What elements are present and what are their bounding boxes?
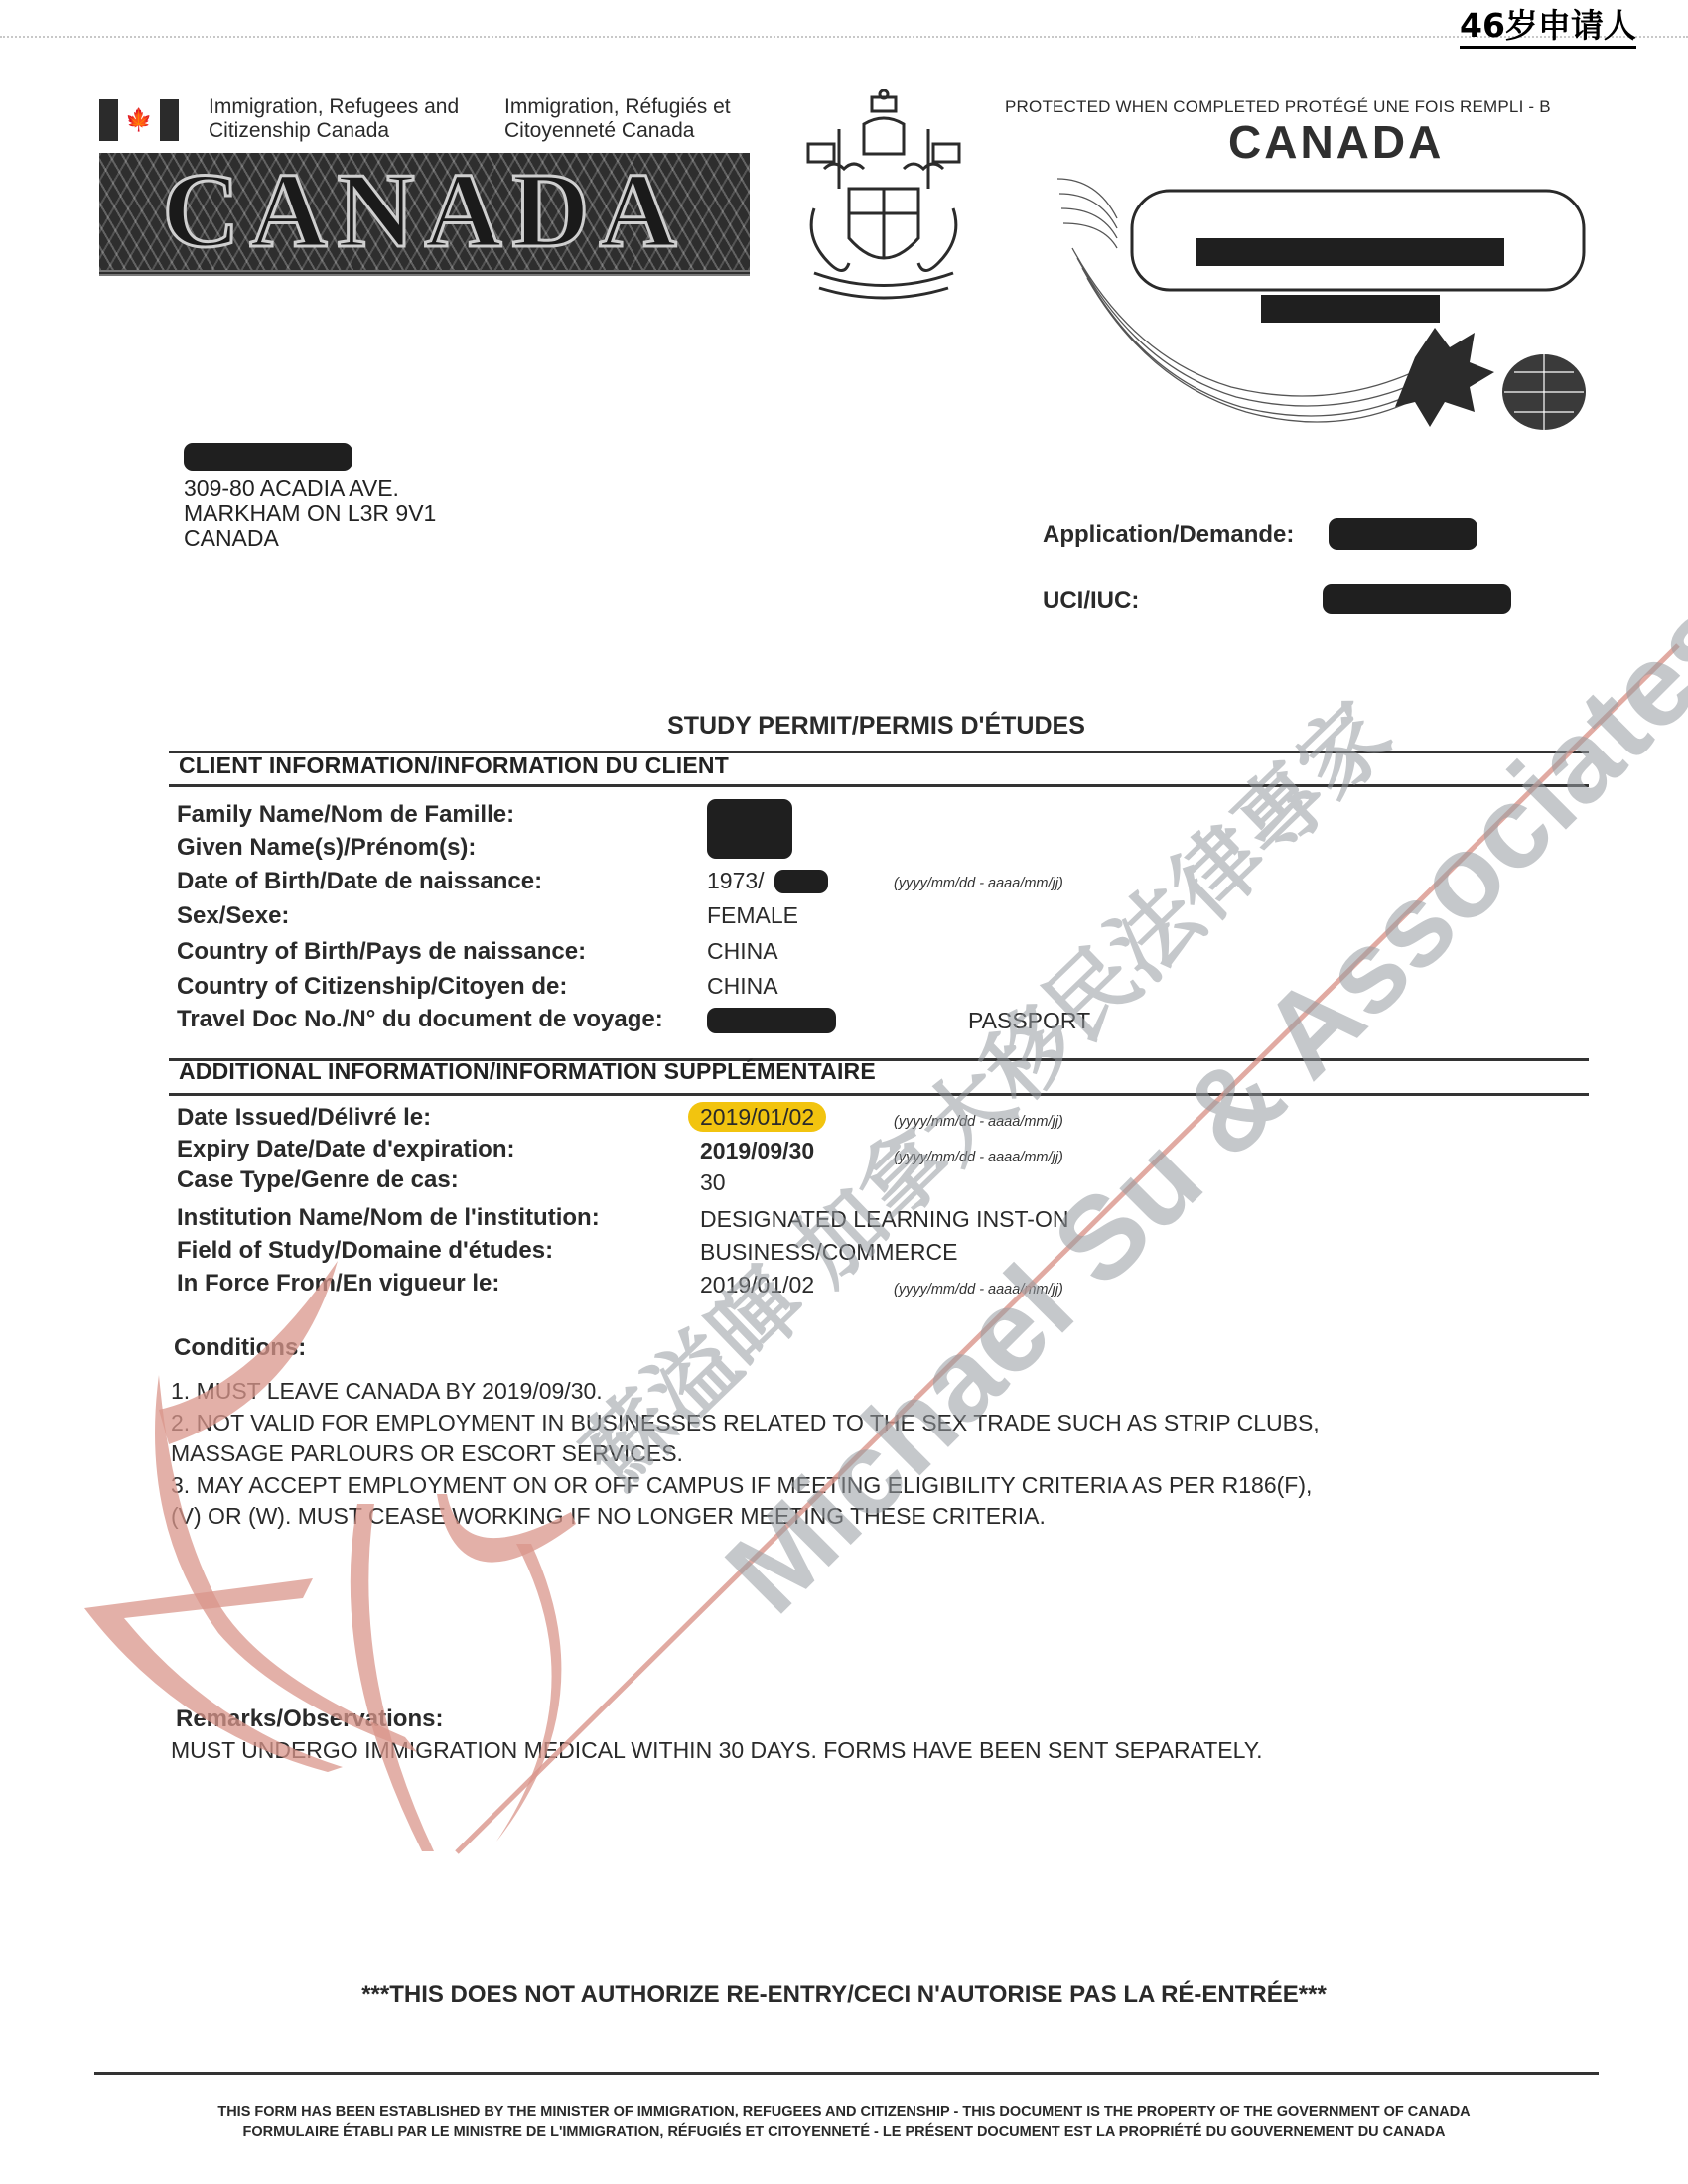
dob-redacted: [774, 870, 828, 893]
date-format-hint: (yyyy/mm/dd - aaaa/mm/jj): [894, 876, 1063, 891]
sex-value: FEMALE: [707, 902, 798, 929]
date-format-hint: (yyyy/mm/dd - aaaa/mm/jj): [894, 1114, 1063, 1130]
case-type-value: 30: [700, 1169, 726, 1196]
canada-flag-icon: 🍁: [99, 99, 179, 141]
client-info-heading: CLIENT INFORMATION/INFORMATION DU CLIENT: [179, 752, 729, 779]
expiry-date-label: Expiry Date/Date d'expiration:: [177, 1136, 514, 1163]
travel-doc-number-redacted: [707, 1008, 836, 1033]
department-name-en: Immigration, Refugees and Citizenship Ca…: [209, 95, 459, 143]
application-label: Application/Demande:: [1043, 521, 1294, 549]
date-issued-label: Date Issued/Délivré le:: [177, 1104, 431, 1132]
citizenship-value: CHINA: [707, 973, 778, 1000]
application-number-redacted: [1329, 518, 1477, 550]
field-of-study-label: Field of Study/Domaine d'études:: [177, 1237, 553, 1265]
sex-label: Sex/Sexe:: [177, 902, 289, 930]
client-name-redacted: [707, 799, 792, 859]
field-of-study-value: BUSINESS/COMMERCE: [700, 1239, 957, 1266]
annotation-tag: 46岁申请人: [1460, 6, 1636, 49]
dob-value: 1973/: [707, 868, 765, 894]
section-divider: [169, 1093, 1589, 1096]
citizenship-label: Country of Citizenship/Citoyen de:: [177, 973, 567, 1001]
travel-doc-type: PASSPORT: [968, 1008, 1090, 1034]
scan-dotted-line: [0, 36, 1688, 38]
expiry-date-value: 2019/09/30: [700, 1138, 814, 1164]
country-of-birth-value: CHINA: [707, 938, 778, 965]
country-of-birth-label: Country of Birth/Pays de naissance:: [177, 938, 586, 966]
condition-line: MASSAGE PARLOURS OR ESCORT SERVICES.: [171, 1440, 683, 1467]
additional-info-heading: ADDITIONAL INFORMATION/INFORMATION SUPPL…: [179, 1058, 876, 1085]
remarks-heading: Remarks/Observations:: [176, 1706, 443, 1733]
conditions-heading: Conditions:: [174, 1334, 306, 1362]
travel-doc-label: Travel Doc No./N° du document de voyage:: [177, 1006, 663, 1033]
footer-line-en: THIS FORM HAS BEEN ESTABLISHED BY THE MI…: [0, 2104, 1688, 2119]
reentry-notice: ***THIS DOES NOT AUTHORIZE RE-ENTRY/CECI…: [0, 1981, 1688, 2009]
uci-label: UCI/IUC:: [1043, 587, 1139, 614]
in-force-value: 2019/01/02: [700, 1272, 814, 1298]
given-name-label: Given Name(s)/Prénom(s):: [177, 834, 476, 862]
section-divider: [169, 784, 1589, 787]
highlight-marker: 2019/01/02: [688, 1102, 826, 1132]
in-force-label: In Force From/En vigueur le:: [177, 1270, 499, 1297]
condition-line: 2. NOT VALID FOR EMPLOYMENT IN BUSINESSE…: [171, 1410, 1320, 1436]
institution-value: DESIGNATED LEARNING INST-ON: [700, 1206, 1068, 1233]
footer-divider: [94, 2072, 1599, 2075]
recipient-address: 309-80 ACADIA AVE. MARKHAM ON L3R 9V1 CA…: [184, 477, 436, 551]
department-name-fr: Immigration, Réfugiés et Citoyenneté Can…: [504, 95, 731, 143]
dob-label: Date of Birth/Date de naissance:: [177, 868, 542, 895]
canada-banner: CANADA: [99, 153, 750, 276]
footer-line-fr: FORMULAIRE ÉTABLI PAR LE MINISTRE DE L'I…: [0, 2124, 1688, 2140]
coat-of-arms-icon: [794, 89, 973, 308]
condition-line: 3. MAY ACCEPT EMPLOYMENT ON OR OFF CAMPU…: [171, 1472, 1312, 1499]
institution-label: Institution Name/Nom de l'institution:: [177, 1204, 600, 1232]
document-title: STUDY PERMIT/PERMIS D'ÉTUDES: [0, 712, 1688, 741]
family-name-label: Family Name/Nom de Famille:: [177, 801, 514, 829]
protected-notice: PROTECTED WHEN COMPLETED PROTÉGÉ UNE FOI…: [1005, 97, 1551, 117]
date-format-hint: (yyyy/mm/dd - aaaa/mm/jj): [894, 1282, 1063, 1297]
date-issued-value: 2019/01/02: [700, 1104, 826, 1131]
case-type-label: Case Type/Genre de cas:: [177, 1166, 459, 1194]
date-format-hint: (yyyy/mm/dd - aaaa/mm/jj): [894, 1150, 1063, 1165]
remarks-text: MUST UNDERGO IMMIGRATION MEDICAL WITHIN …: [171, 1737, 1263, 1764]
maple-globe-seal-icon: [1048, 159, 1589, 457]
uci-number-redacted: [1323, 584, 1511, 614]
recipient-name-redacted: [184, 443, 352, 471]
condition-line: 1. MUST LEAVE CANADA BY 2019/09/30.: [171, 1378, 603, 1405]
condition-line: (V) OR (W). MUST CEASE WORKING IF NO LON…: [171, 1503, 1046, 1530]
watermark-chinese: 蘇溢暉 加拿大移民法律專家: [551, 670, 1414, 1509]
